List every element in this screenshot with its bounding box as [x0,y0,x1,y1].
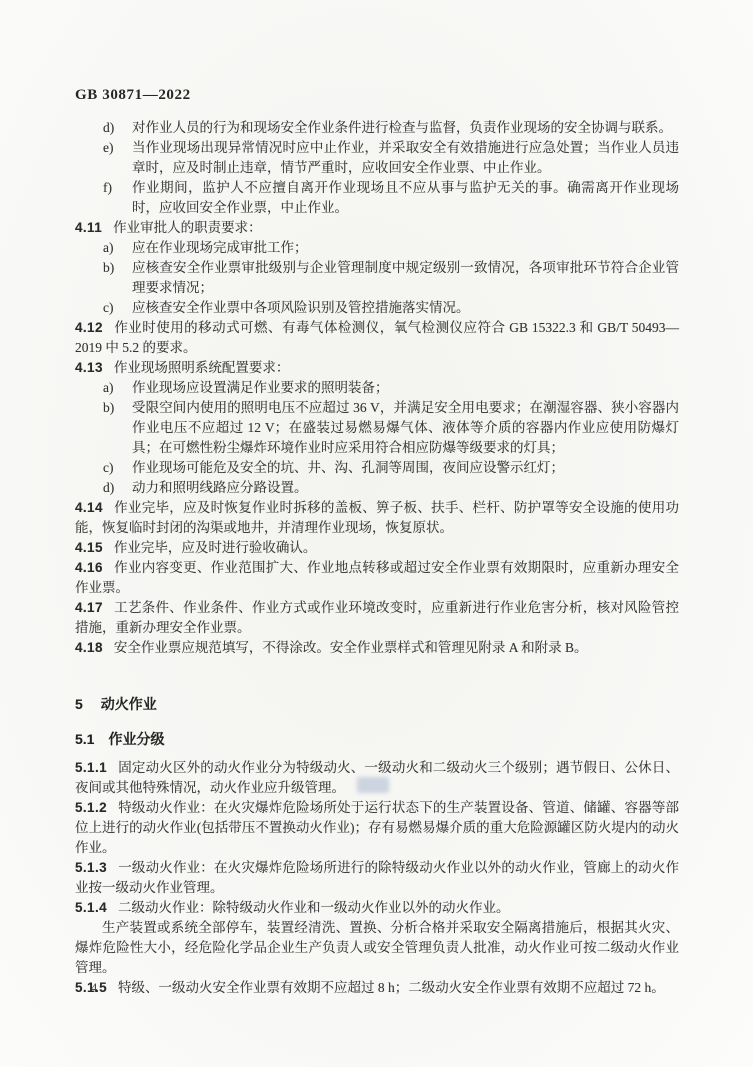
list-item-text: 当作业现场出现异常情况时应中止作业，并采取安全有效措施进行应急处置；当作业人员违… [132,140,679,175]
clause-text: 特级动火作业：在火灾爆炸危险场所处于运行状态下的生产装置设备、管道、储罐、容器等… [75,800,679,855]
clause-5.1.4: 5.1.4二级动火作业：除特级动火作业和一级动火作业以外的动火作业。 [75,898,679,918]
clause-text: 作业时使用的移动式可燃、有毒气体检测仪，氧气检测仪应符合 GB 15322.3 … [75,320,679,355]
clause-number: 4.18 [75,640,103,655]
list-item-label: d) [103,118,114,138]
list-item-label: a) [103,378,114,398]
clause-number: 4.13 [75,360,103,375]
clause-4.16: 4.16作业内容变更、作业范围扩大、作业地点转移或超过安全作业票有效期限时，应重… [75,558,679,598]
list-item: b)应核查安全作业票审批级别与企业管理制度中规定级别一致情况，各项审批环节符合企… [75,258,679,298]
list-item-label: f) [103,178,112,198]
list-item-text: 应核查安全作业票审批级别与企业管理制度中规定级别一致情况，各项审批环节符合企业管… [132,260,679,295]
list-item-label: e) [103,138,114,158]
list-item: b)受限空间内使用的照明电压不应超过 36 V，并满足安全用电要求；在潮湿容器、… [75,398,679,458]
clause-number: 5.1.2 [75,800,107,815]
clause-number: 5.1 [75,731,94,747]
document-body: d)对作业人员的行为和现场安全作业条件进行检查与监督，负责作业现场的安全协调与联… [75,118,679,998]
heading-text: 动火作业 [101,696,157,712]
clause-4.15: 4.15作业完毕，应及时进行验收确认。 [75,538,679,558]
clause-number: 4.16 [75,560,103,575]
section-heading-5: 5动火作业 [75,694,679,714]
standard-number-header: GB 30871—2022 [75,87,191,104]
section-heading-5.1: 5.1作业分级 [75,729,679,749]
list-item-text: 对作业人员的行为和现场安全作业条件进行检查与监督，负责作业现场的安全协调与联系。 [132,120,672,135]
list-item-text: 受限空间内使用的照明电压不应超过 36 V，并满足安全用电要求；在潮湿容器、狭小… [132,400,679,455]
clause-4.12: 4.12作业时使用的移动式可燃、有毒气体检测仪，氧气检测仪应符合 GB 1532… [75,318,679,358]
clause-number: 4.17 [75,600,103,615]
list-item-label: d) [103,478,114,498]
heading-text: 作业分级 [108,731,164,747]
list-item-label: c) [103,458,114,478]
clause-text: 作业审批人的职责要求： [113,220,262,235]
clause-text: 二级动火作业：除特级动火作业和一级动火作业以外的动火作业。 [118,900,510,915]
list-item-label: b) [103,258,114,278]
list-item-label: c) [103,298,114,318]
list-item-text: 动力和照明线路应分路设置。 [132,480,308,495]
clause-text: 安全作业票应规范填写，不得涂改。安全作业票样式和管理见附录 A 和附录 B。 [114,640,588,655]
clause-number: 5.1.4 [75,900,107,915]
clause-text: 一级动火作业：在火灾爆炸危险场所进行的除特级动火作业以外的动火作业，管廊上的动火… [75,860,679,895]
list-item: a)作业现场应设置满足作业要求的照明装备； [75,378,679,398]
list-item-label: b) [103,398,114,418]
clause-text: 作业现场照明系统配置要求： [114,360,290,375]
page-number: 4 [91,981,97,996]
clause-number: 4.15 [75,540,103,555]
list-item: d)对作业人员的行为和现场安全作业条件进行检查与监督，负责作业现场的安全协调与联… [75,118,679,138]
list-item-text: 作业期间，监护人不应擅自离开作业现场且不应从事与监护无关的事。确需离开作业现场时… [132,180,679,215]
clause-5.1.5: 5.1.5特级、一级动火安全作业票有效期不应超过 8 h；二级动火安全作业票有效… [75,978,679,998]
scanned-document-page: GB 30871—2022 d)对作业人员的行为和现场安全作业条件进行检查与监督… [0,0,753,1067]
list-item-text: 作业现场应设置满足作业要求的照明装备； [132,380,389,395]
list-item-text: 应核查安全作业票中各项风险识别及管控措施落实情况。 [132,300,470,315]
list-item: a)应在作业现场完成审批工作； [75,238,679,258]
clause-text: 作业完毕，应及时恢复作业时拆移的盖板、箅子板、扶手、栏杆、防护罩等安全设施的使用… [75,500,679,535]
clause-number: 5.1.3 [75,860,107,875]
clause-number: 4.14 [75,500,103,515]
clause-number: 5 [75,696,83,712]
list-item: f)作业期间，监护人不应擅自离开作业现场且不应从事与监护无关的事。确需离开作业现… [75,178,679,218]
clause-text: 作业完毕，应及时进行验收确认。 [114,540,317,555]
scan-watermark-blob [357,777,389,793]
clause-number: 4.12 [75,320,103,335]
list-item: e)当作业现场出现异常情况时应中止作业，并采取安全有效措施进行应急处置；当作业人… [75,138,679,178]
clause-4.18: 4.18安全作业票应规范填写，不得涂改。安全作业票样式和管理见附录 A 和附录 … [75,638,679,658]
list-item: d)动力和照明线路应分路设置。 [75,478,679,498]
clause-text: 工艺条件、作业条件、作业方式或作业环境改变时，应重新进行作业危害分析，核对风险管… [75,600,679,635]
clause-text: 特级、一级动火安全作业票有效期不应超过 8 h；二级动火安全作业票有效期不应超过… [118,980,665,995]
clause-text: 作业内容变更、作业范围扩大、作业地点转移或超过安全作业票有效期限时，应重新办理安… [75,560,679,595]
clause-4.13: 4.13作业现场照明系统配置要求： [75,358,679,378]
clause-5.1.2: 5.1.2特级动火作业：在火灾爆炸危险场所处于运行状态下的生产装置设备、管道、储… [75,798,679,858]
list-item: c)应核查安全作业票中各项风险识别及管控措施落实情况。 [75,298,679,318]
clause-4.14: 4.14作业完毕，应及时恢复作业时拆移的盖板、箅子板、扶手、栏杆、防护罩等安全设… [75,498,679,538]
clause-number: 5.1.1 [75,760,107,775]
clause-number: 4.11 [75,220,102,235]
paragraph: 生产装置或系统全部停车，装置经清洗、置换、分析合格并采取安全隔离措施后，根据其火… [75,918,679,978]
list-item: c)作业现场可能危及安全的坑、井、沟、孔洞等周围，夜间应设警示红灯； [75,458,679,478]
list-item-text: 应在作业现场完成审批工作； [132,240,308,255]
clause-4.17: 4.17工艺条件、作业条件、作业方式或作业环境改变时，应重新进行作业危害分析，核… [75,598,679,638]
list-item-label: a) [103,238,114,258]
list-item-text: 作业现场可能危及安全的坑、井、沟、孔洞等周围，夜间应设警示红灯； [132,460,564,475]
clause-4.11: 4.11作业审批人的职责要求： [75,218,679,238]
clause-5.1.3: 5.1.3一级动火作业：在火灾爆炸危险场所进行的除特级动火作业以外的动火作业，管… [75,858,679,898]
